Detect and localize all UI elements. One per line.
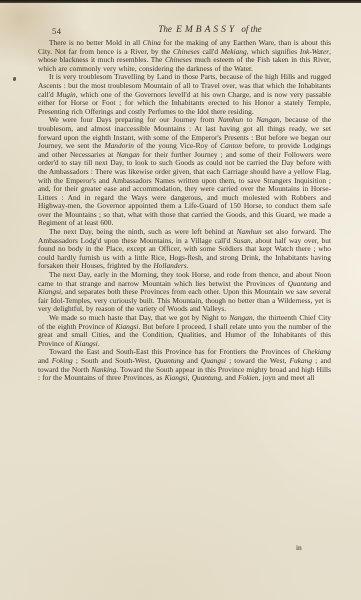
running-title: The EMBASSY of the: [60, 24, 360, 35]
paragraph: We made so much haste that Day, that we …: [38, 314, 331, 348]
running-title-post: of the: [241, 24, 261, 34]
page-body: There is no better Mold in all China for…: [38, 39, 331, 383]
proper-noun-italic: Quantung: [192, 373, 222, 382]
book-page-scan: 54 The EMBASSY of the There is no better…: [0, 0, 361, 600]
paragraph: We were four Days preparing for our Jour…: [38, 116, 331, 228]
proper-noun-italic: Fokien: [238, 373, 259, 382]
scan-top-edge: [0, 0, 361, 3]
running-title-pre: The: [158, 24, 172, 34]
paragraph: Toward the East and South-East this Prov…: [38, 348, 331, 382]
text-run: for their further Journey ; and some of …: [38, 150, 331, 228]
proper-noun-italic: Kiangsi: [165, 373, 188, 382]
text-run: , and separates both these Provinces fro…: [38, 287, 331, 313]
catchword: in: [296, 543, 302, 552]
paragraph: The next Day, being the ninth, such as w…: [38, 228, 331, 271]
text-run: , which one of the Governors levell'd at…: [38, 90, 331, 116]
text-run: , and: [221, 373, 238, 382]
paragraph: It is very troublesom Travelling by Land…: [38, 73, 331, 116]
paragraph: There is no better Mold in all China for…: [38, 39, 331, 73]
paragraph: The next Day, early in the Morning, they…: [38, 271, 331, 314]
text-run: , joyn and meet all: [259, 373, 315, 382]
ink-speck: [13, 77, 16, 81]
running-title-main: EMBASSY: [174, 25, 239, 35]
